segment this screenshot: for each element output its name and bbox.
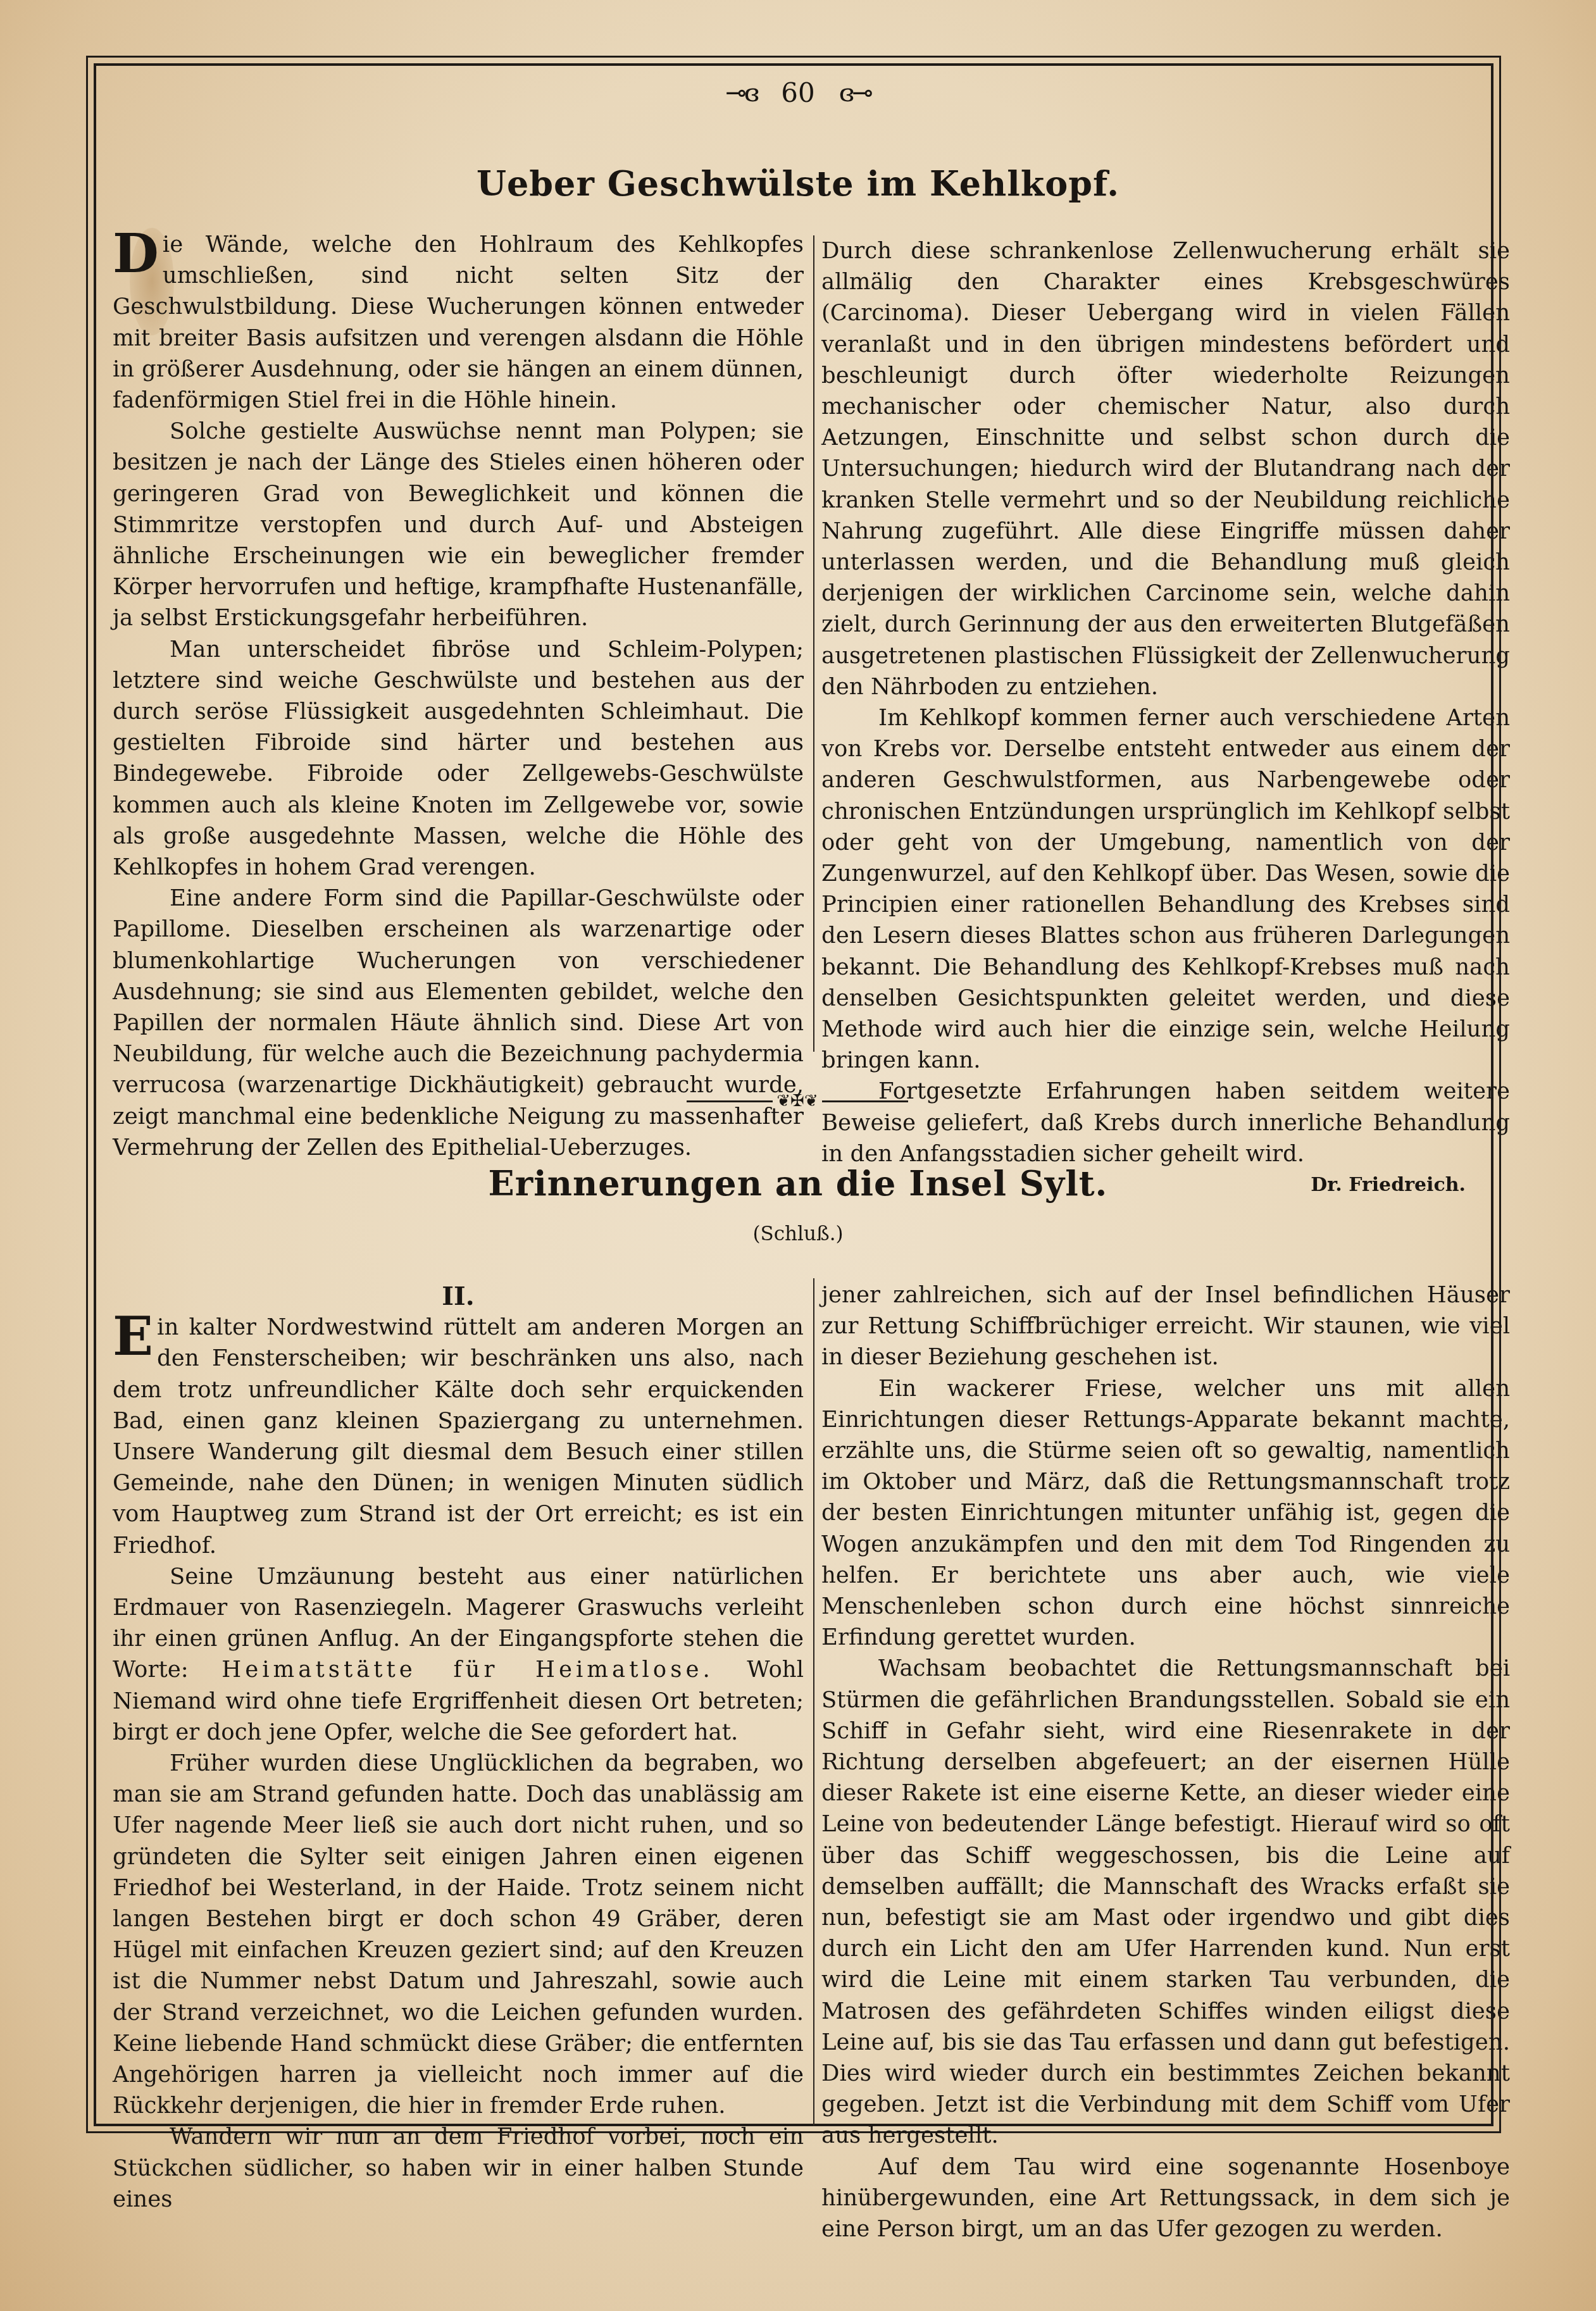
paragraph: Ein kalter Nordwestwind rüttelt am ander… xyxy=(113,1312,804,1561)
paragraph: Ein wackerer Friese, welcher uns mit all… xyxy=(821,1373,1510,1654)
paragraph: Durch diese schrankenlose Zellenwucherun… xyxy=(821,235,1510,702)
article-subtitle: (Schluß.) xyxy=(0,1223,1596,1245)
paragraph: jener zahlreichen, sich auf der Insel be… xyxy=(821,1280,1510,1373)
article-title: Ueber Geschwülste im Kehlkopf. xyxy=(0,163,1596,204)
paragraph: Fortgesetzte Erfahrungen haben seitdem w… xyxy=(821,1076,1510,1169)
drop-cap: D xyxy=(113,232,159,276)
column-rule xyxy=(813,235,814,1052)
paragraph: Die Wände, welche den Hohlraum des Kehlk… xyxy=(113,229,804,416)
section-divider: ❦✠❦ xyxy=(687,1095,908,1107)
paragraph: Auf dem Tau wird eine sogenannte Hosenbo… xyxy=(821,2152,1510,2245)
article2-column-left: II. Ein kalter Nordwestwind rüttelt am a… xyxy=(113,1281,804,2215)
paragraph: Im Kehlkopf kommen ferner auch verschied… xyxy=(821,702,1510,1076)
inscription: Heimatstätte für Heimatlose. xyxy=(221,1657,713,1683)
article2-column-right: jener zahlreichen, sich auf der Insel be… xyxy=(821,1280,1510,2245)
paragraph: Wandern wir nun an dem Friedhof vorbei, … xyxy=(113,2121,804,2215)
column-rule xyxy=(813,1278,814,2126)
ornament-right-icon: ɞ⊸ xyxy=(839,78,871,108)
paragraph: Man unterscheidet fibröse und Schleim-Po… xyxy=(113,634,804,883)
ornament-left-icon: ⊸ɞ xyxy=(725,78,757,108)
paragraph: Solche gestielte Auswüchse nennt man Pol… xyxy=(113,416,804,633)
drop-cap: E xyxy=(113,1314,153,1359)
paragraph: Wachsam beobachtet die Rettungsmannschaf… xyxy=(821,1653,1510,2151)
paragraph: Früher wurden diese Unglücklichen da beg… xyxy=(113,1748,804,2121)
article-title: Erinnerungen an die Insel Sylt. xyxy=(0,1163,1596,1204)
page-header: ⊸ɞ 60 ɞ⊸ xyxy=(0,77,1596,108)
page-number: 60 xyxy=(781,77,814,108)
flourish-icon: ❦✠❦ xyxy=(773,1095,821,1107)
article1-column-left: Die Wände, welche den Hohlraum des Kehlk… xyxy=(113,229,804,1163)
paragraph: Seine Umzäunung besteht aus einer natürl… xyxy=(113,1561,804,1748)
article1-column-right: Durch diese schrankenlose Zellenwucherun… xyxy=(821,235,1510,1200)
section-number: II. xyxy=(113,1281,804,1312)
paragraph: Eine andere Form sind die Papillar-Gesch… xyxy=(113,883,804,1163)
